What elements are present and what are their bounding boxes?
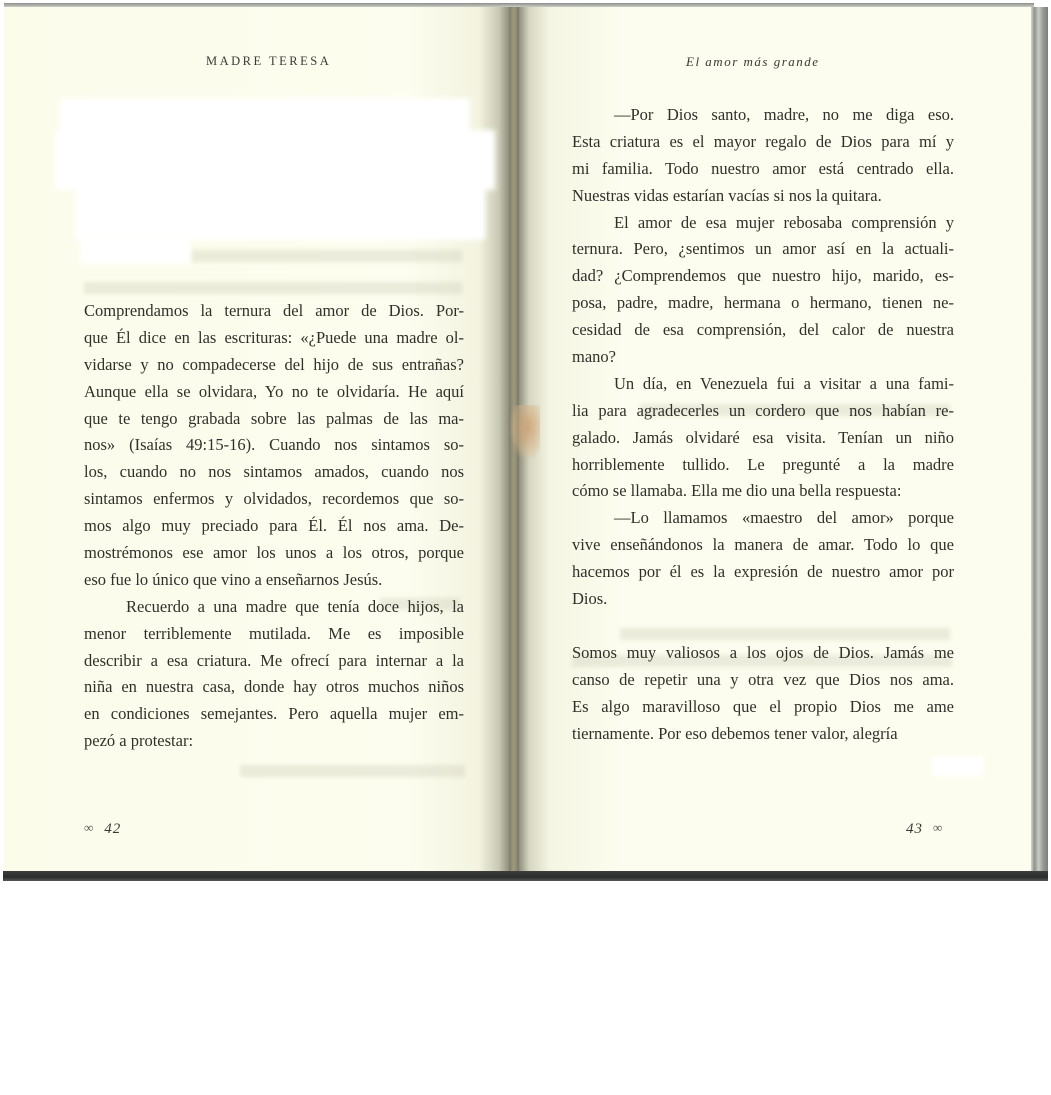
text-line: mano?: [572, 344, 954, 371]
text-line: pezó a protestar:: [84, 728, 464, 755]
text-line: describir a esa criatura. Me ofrecí para…: [84, 648, 464, 675]
page-number-text: 43: [906, 821, 923, 837]
text-line: menor terriblemente mutilada. Me es impo…: [84, 621, 464, 648]
redacted-patch: [932, 756, 984, 776]
text-line: eso fue lo único que vino a enseñarnos J…: [84, 567, 464, 594]
page-number-left: ∞42: [84, 820, 121, 838]
text-line: ternura. Pero, ¿sentimos un amor así en …: [572, 236, 954, 263]
text-line: niña en nuestra casa, donde hay otros mu…: [84, 674, 464, 701]
scanned-book-spread: MADRE TERESA El amor más grande Comprend…: [0, 0, 1051, 890]
text-line: Esta criatura es el mayor regalo de Dios…: [572, 129, 954, 156]
running-head-left: MADRE TERESA: [206, 54, 331, 69]
text-line: sintamos enfermos y olvidados, recordemo…: [84, 486, 464, 513]
text-line: —Lo llamamos «maestro del amor» porque: [572, 505, 954, 532]
page-number-right: 43∞: [906, 820, 943, 838]
gutter-stain: [510, 405, 540, 460]
text-line: posa, padre, madre, hermana o hermano, t…: [572, 290, 954, 317]
text-line: Somos muy valiosos a los ojos de Dios. J…: [572, 640, 954, 667]
text-line: galado. Jamás olvidaré esa visita. Tenía…: [572, 425, 954, 452]
text-line: Es algo maravilloso que el propio Dios m…: [572, 694, 954, 721]
text-line: mi familia. Todo nuestro amor está centr…: [572, 156, 954, 183]
text-line: mostrémonos ese amor los unos a los otro…: [84, 540, 464, 567]
right-page-body: —Por Dios santo, madre, no me diga eso.E…: [572, 102, 954, 747]
text-line: horriblemente tullido. Le pregunté a la …: [572, 452, 954, 479]
text-line: cómo se llamaba. Ella me dio una bella r…: [572, 478, 954, 505]
text-line: los, cuando no nos sintamos amados, cuan…: [84, 459, 464, 486]
text-line: vidarse y no compadecerse del hijo de su…: [84, 352, 464, 379]
text-line: Comprendamos la ternura del amor de Dios…: [84, 298, 464, 325]
text-line: canso de repetir una y otra vez que Dios…: [572, 667, 954, 694]
text-line: mos algo muy preciado para Él. Él nos am…: [84, 513, 464, 540]
ornament-icon: ∞: [933, 820, 943, 836]
bleed-through: [84, 282, 462, 294]
scan-top-edge: [4, 3, 1034, 7]
text-line: dad? ¿Comprendemos que nuestro hijo, mar…: [572, 263, 954, 290]
text-line: que te tengo grabada sobre las palmas de…: [84, 406, 464, 433]
text-line: en condiciones semejantes. Pero aquella …: [84, 701, 464, 728]
text-line: lia para agradecerles un cordero que nos…: [572, 398, 954, 425]
text-line: vive enseñándonos la manera de amar. Tod…: [572, 532, 954, 559]
running-head-right: El amor más grande: [686, 54, 820, 70]
scan-bottom-edge: [3, 871, 1048, 881]
text-line: Recuerdo a una madre que tenía doce hijo…: [84, 594, 464, 621]
text-line: —Por Dios santo, madre, no me diga eso.: [572, 102, 954, 129]
page-edge-stack: [1031, 7, 1048, 873]
text-line: Dios.: [572, 586, 954, 613]
text-line: Un día, en Venezuela fui a visitar a una…: [572, 371, 954, 398]
page-number-text: 42: [104, 821, 121, 837]
bleed-through: [240, 765, 465, 777]
text-line: nos» (Isaías 49:15-16). Cuando nos sinta…: [84, 432, 464, 459]
text-line: El amor de esa mujer rebosaba comprensió…: [572, 210, 954, 237]
text-line: tiernamente. Por eso debemos tener valor…: [572, 721, 954, 748]
left-page-body: Comprendamos la ternura del amor de Dios…: [84, 298, 464, 755]
text-line: Aunque ella se olvidara, Yo no te olvida…: [84, 379, 464, 406]
ornament-icon: ∞: [84, 820, 94, 836]
text-line: cesidad de esa comprensión, del calor de…: [572, 317, 954, 344]
text-line: Nuestras vidas estarían vacías si nos la…: [572, 183, 954, 210]
text-line: que Él dice en las escrituras: «¿Puede u…: [84, 325, 464, 352]
section-break: [572, 613, 954, 640]
text-line: hacemos por él es la expresión de nuestr…: [572, 559, 954, 586]
